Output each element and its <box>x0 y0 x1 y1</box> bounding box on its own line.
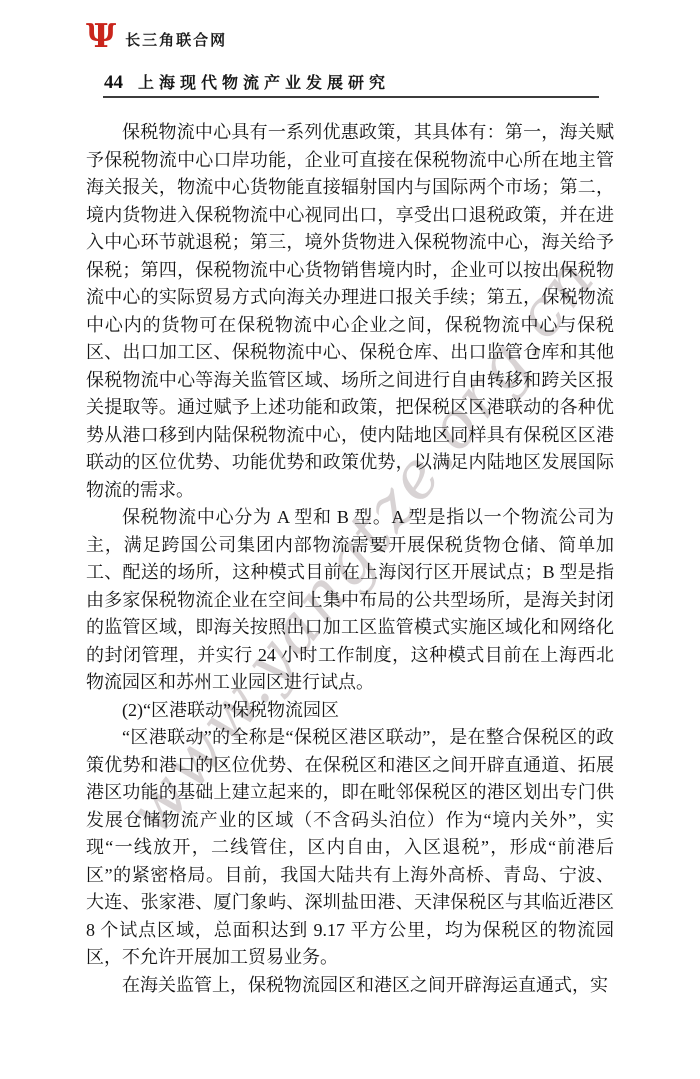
brand: Ψ 长三角联合网 <box>86 18 227 54</box>
chapter-title: 上海现代物流产业发展研究 <box>138 70 390 93</box>
page-number: 44 <box>104 72 123 94</box>
header-rule <box>103 96 599 98</box>
book-page: www.yangtze.org.cn Ψ 长三角联合网 44 上海现代物流产业发… <box>0 0 700 1079</box>
brand-psi-logo-icon: Ψ <box>86 18 116 54</box>
paragraph-customs-supervision: 在海关监管上，保税物流园区和港区之间开辟海运直通式，实 <box>86 972 614 1000</box>
body-text: 保税物流中心具有一系列优惠政策，其具体有：第一，海关赋予保税物流中心口岸功能，企… <box>86 119 614 999</box>
paragraph-bonded-center-policies: 保税物流中心具有一系列优惠政策，其具体有：第一，海关赋予保税物流中心口岸功能，企… <box>86 119 614 504</box>
paragraph-type-a-b: 保税物流中心分为 A 型和 B 型。A 型是指以一个物流公司为主，满足跨国公司集… <box>86 504 614 697</box>
paragraph-zone-port-linkage-detail: “区港联动”的全称是“保税区港区联动”，是在整合保税区的政策优势和港口的区位优势… <box>86 724 614 972</box>
brand-name: 长三角联合网 <box>125 29 227 50</box>
running-head: 44 上海现代物流产业发展研究 <box>104 70 390 94</box>
subheading-zone-port-linkage: (2)“区港联动”保税物流园区 <box>86 697 614 725</box>
